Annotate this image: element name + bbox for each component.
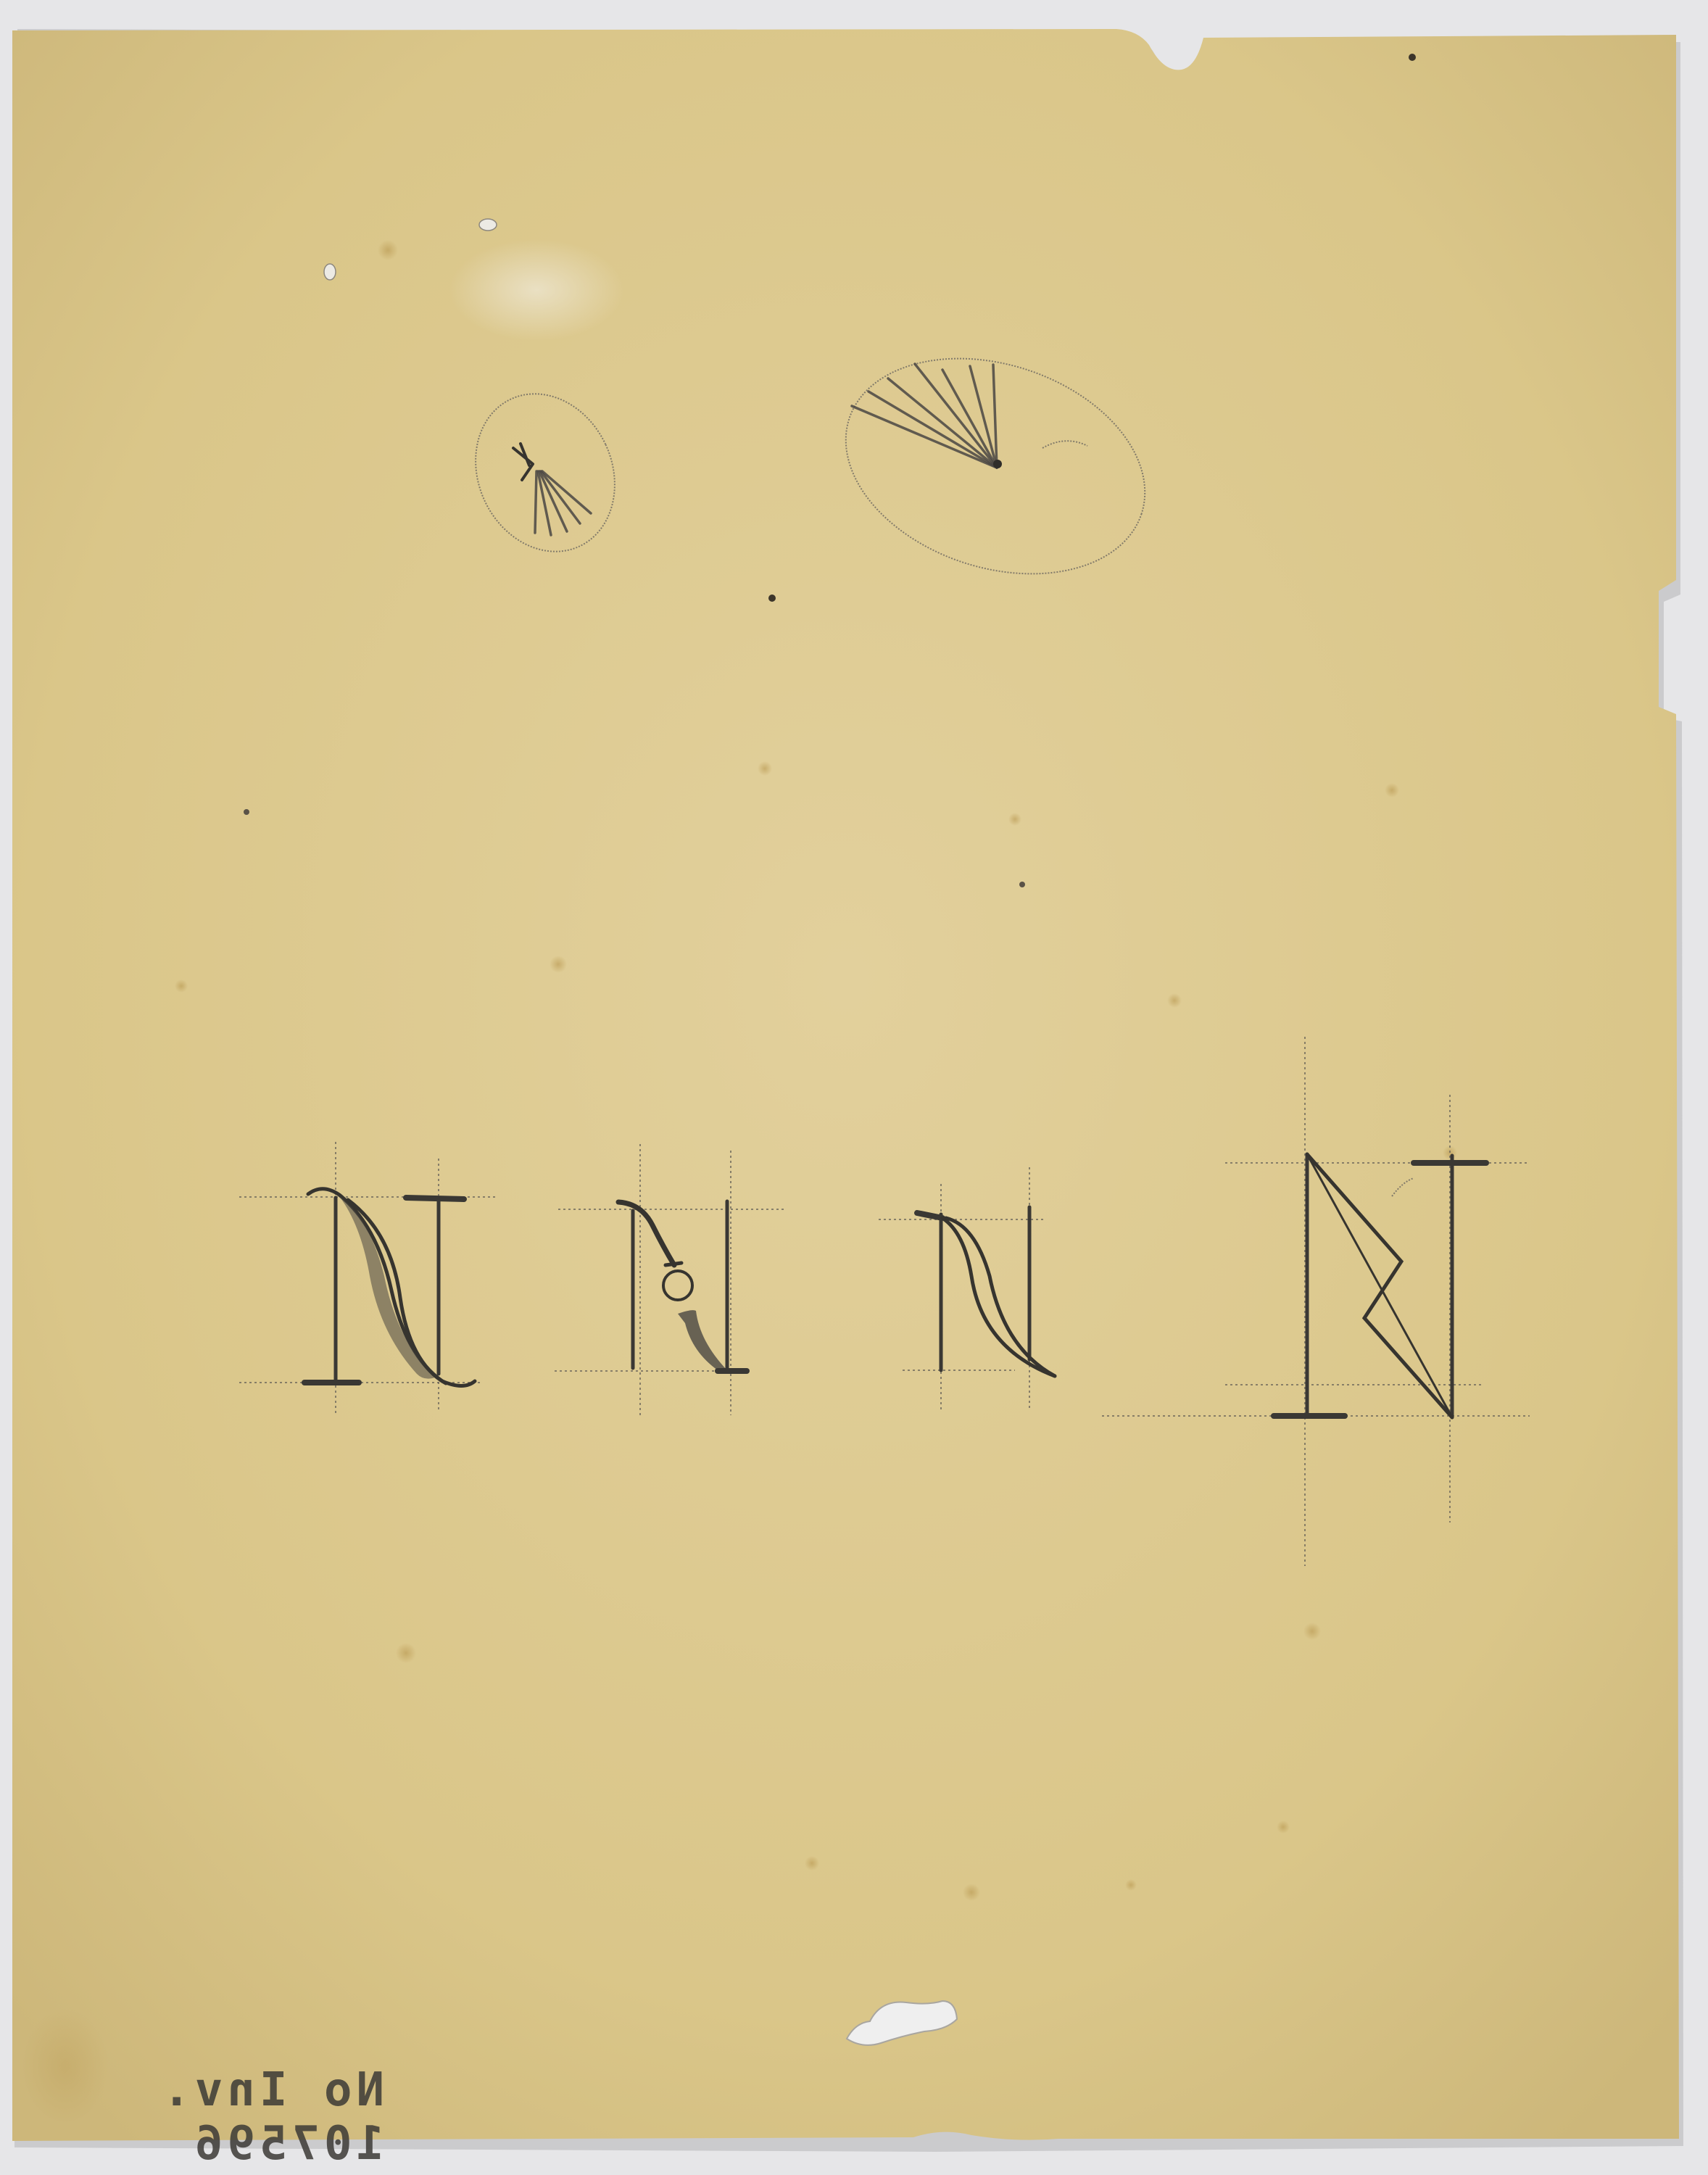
abrasion-patch: [449, 239, 623, 341]
paper-hole-small-1: [324, 264, 336, 280]
paper-hole-small-2: [479, 219, 497, 231]
artwork-canvas: [0, 0, 1708, 2175]
inventory-number-label: No Inv. 107596: [80, 2063, 384, 2116]
paper: [12, 29, 1679, 2141]
paper-sheet: [12, 29, 1683, 2152]
large-shell-apex: [993, 460, 1002, 468]
